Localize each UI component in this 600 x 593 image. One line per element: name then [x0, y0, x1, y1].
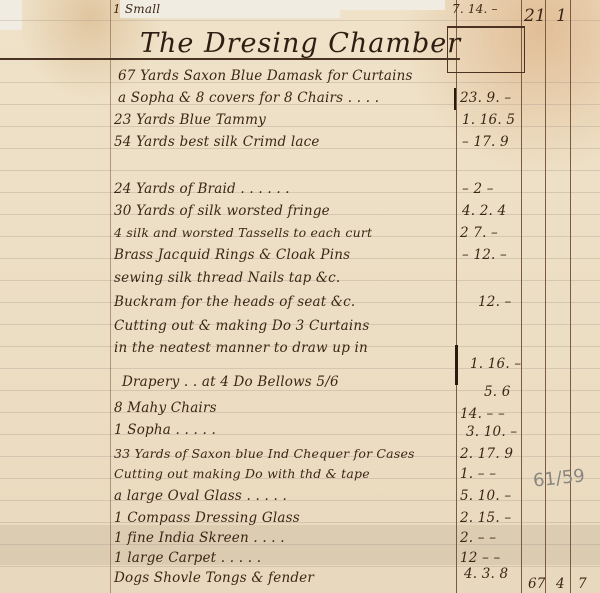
ledger-entry-amount: 5. 10. – [460, 488, 511, 504]
ledger-entry-text: 4 silk and worsted Tassells to each curt [114, 225, 372, 240]
ledger-entry-amount: – 17. 9 [462, 134, 509, 150]
bracket-mark [455, 345, 458, 385]
pencil-annotation: 61/59 [532, 465, 586, 491]
ledger-entry-amount: 2. 15. – [460, 510, 511, 526]
ledger-entry-text: Cutting out making Do with thd & tape [114, 466, 370, 481]
total-column-line [570, 0, 571, 593]
ledger-entry-amount: 4. 2. 4 [462, 203, 506, 219]
total-column-line [545, 0, 546, 593]
ledger-entry-text: in the neatest manner to draw up in [114, 340, 368, 356]
ledger-entry-text: 24 Yards of Braid . . . . . . [114, 181, 290, 197]
ruled-line [0, 192, 600, 193]
ledger-entry-amount: 3. 10. – [466, 424, 517, 440]
ledger-entry-amount: 2 7. – [460, 225, 498, 241]
ledger-entry-amount: 2. – – [460, 530, 496, 546]
ledger-entry-amount: 12. – [478, 294, 512, 310]
ledger-entry-amount: – 12. – [462, 247, 507, 263]
ledger-entry-amount: 23. 9. – [460, 90, 511, 106]
page-total-shillings: 4 [556, 576, 565, 592]
carried-line-amount: 7. 14. – [452, 2, 498, 16]
ledger-entry-text: 1 Sopha . . . . . [114, 422, 216, 438]
ledger-entry-text: 1 Compass Dressing Glass [114, 510, 300, 526]
ledger-entry-text: Drapery . . at 4 Do Bellows 5/6 [122, 374, 339, 390]
ledger-entry-text: sewing silk thread Nails tap &c. [114, 270, 340, 286]
ruled-line [0, 544, 600, 545]
torn-edge [0, 0, 22, 30]
ledger-entry-text: Brass Jacquid Rings & Cloak Pins [114, 247, 350, 263]
ledger-entry-amount: 4. 3. 8 [464, 566, 508, 582]
ledger-entry-amount: 14. – – [460, 406, 505, 422]
ledger-entry-text: 8 Mahy Chairs [114, 400, 217, 416]
total-column-line [521, 0, 522, 593]
ledger-entry-amount: 1. 16. 5 [462, 112, 515, 128]
ledger-entry-amount: 12 – – [460, 550, 500, 566]
page-total-pounds: 67 [528, 576, 546, 592]
ruled-line [0, 412, 600, 413]
margin-line [110, 0, 111, 593]
bracket-mark [454, 88, 456, 110]
ledger-entry-text: a Sopha & 8 covers for 8 Chairs . . . . [118, 90, 379, 106]
carried-total-shillings: 1 [556, 6, 567, 26]
ledger-entry-text: 1 fine India Skreen . . . . [114, 530, 285, 546]
ledger-entry-text: 30 Yards of silk worsted fringe [114, 203, 330, 219]
ledger-entry-amount: 1. – – [460, 466, 496, 482]
section-title: The Dresing Chamber [140, 28, 461, 59]
pounds-column-line [456, 0, 457, 593]
ruled-line [0, 20, 600, 21]
ledger-entry-amount: 5. 6 [484, 384, 511, 400]
ledger-entry-text: Dogs Shovle Tongs & fender [114, 570, 314, 586]
carried-total-pounds: 21 [524, 6, 546, 26]
ledger-entry-text: 33 Yards of Saxon blue Ind Chequer for C… [114, 446, 415, 461]
ledger-entry-text: Buckram for the heads of seat &c. [114, 294, 355, 310]
ruled-line [0, 170, 600, 171]
ledger-entry-amount: – 2 – [462, 181, 494, 197]
ledger-entry-amount: 1. 16. – [470, 356, 521, 372]
page-total-pence: 7 [578, 576, 587, 592]
ledger-entry-text: 54 Yards best silk Crimd lace [114, 134, 320, 150]
ruled-line [0, 566, 600, 567]
torn-edge [335, 0, 445, 10]
ledger-entry-text: 1 large Carpet . . . . . [114, 550, 261, 566]
ledger-entry-text: 23 Yards Blue Tammy [114, 112, 266, 128]
fold-shadow [0, 525, 600, 565]
ledger-entry-text: Cutting out & making Do 3 Curtains [114, 318, 369, 334]
ledger-entry-amount: 2. 17. 9 [460, 446, 513, 462]
ledger-page: 1 Small 7. 14. – 21 1 The Dresing Chambe… [0, 0, 600, 593]
carried-line-text: 1 Small [113, 2, 160, 16]
ledger-entry-text: a large Oval Glass . . . . . [114, 488, 287, 504]
ledger-entry-text: 67 Yards Saxon Blue Damask for Curtains [118, 68, 413, 84]
